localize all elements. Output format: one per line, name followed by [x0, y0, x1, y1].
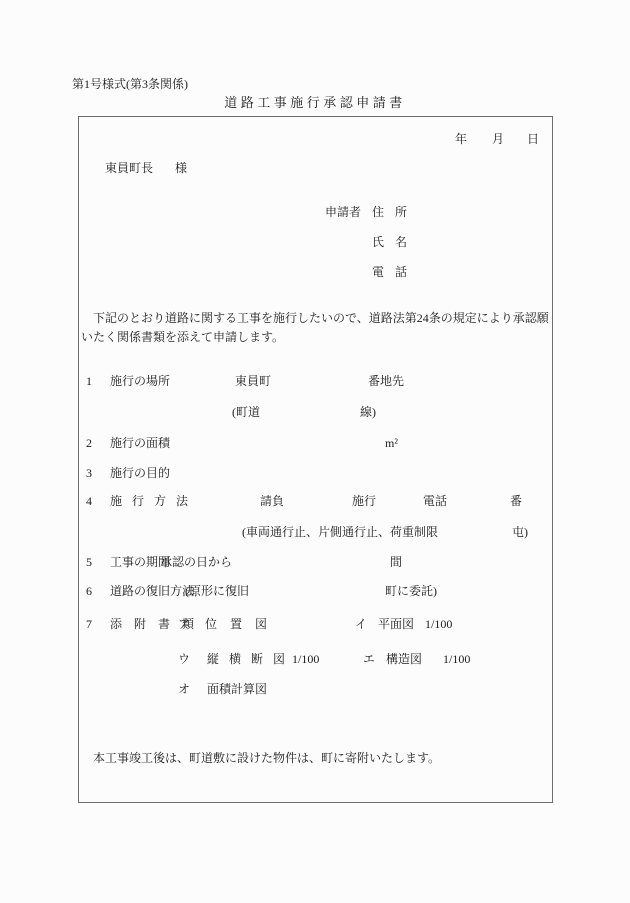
attachment-e-key: エ [363, 651, 375, 667]
attachment-a-label: 位置図 [205, 616, 280, 632]
attachment-e-label: 構造図 [386, 651, 422, 667]
addressee-name: 東員町長 [105, 160, 153, 176]
item4-tel-suffix: 番 [510, 493, 522, 509]
form-number: 第1号様式(第3条関係) [72, 76, 188, 92]
item1-number: 1 [86, 373, 92, 389]
attachment-i-key: イ [355, 616, 367, 632]
item2-unit: m² [385, 435, 398, 451]
item5-from: 承認の日から [160, 554, 232, 570]
item5-number: 5 [86, 554, 92, 570]
applicant-label: 申請者 [325, 204, 361, 220]
item4-restrictions-suffix: 屯) [512, 524, 528, 540]
attachment-u-scale: 1/100 [292, 651, 319, 667]
item5-duration-suffix: 間 [390, 554, 402, 570]
item4-tel: 電話 [423, 493, 447, 509]
date-day-label: 日 [527, 131, 539, 147]
item1-label: 施行の場所 [110, 373, 170, 389]
item7-label: 添附書類 [110, 616, 206, 632]
item1-road-prefix: (町道 [232, 404, 260, 420]
item4-restrictions: (車両通行止、片側通行止、荷重制限 [242, 524, 438, 540]
form-box [78, 116, 553, 803]
item1-town: 東員町 [235, 373, 271, 389]
document-page: 第1号様式(第3条関係) 道路工事施行承認申請書 年 月 日 東員町長 様 申請… [0, 0, 630, 903]
item1-lot-suffix: 番地先 [368, 373, 404, 389]
date-month-label: 月 [492, 131, 504, 147]
applicant-address-label: 住所 [372, 204, 418, 220]
attachment-e-scale: 1/100 [443, 651, 470, 667]
item4-contract: 請負 [260, 493, 284, 509]
item3-label: 施行の目的 [110, 465, 170, 481]
item3-number: 3 [86, 465, 92, 481]
item6-label: 道路の復旧方法 [110, 583, 194, 599]
attachment-o-label: 面積計算図 [207, 681, 267, 697]
preamble-line1: 下記のとおり道路に関する工事を施行したいので、道路法第24条の規定により承認願 [93, 310, 549, 326]
item1-road-suffix: 線) [360, 404, 376, 420]
item2-number: 2 [86, 435, 92, 451]
item2-label: 施行の面積 [110, 435, 170, 451]
attachment-u-key: ウ [178, 651, 190, 667]
addressee-honorific: 様 [175, 160, 187, 176]
applicant-tel-label: 電話 [372, 264, 418, 280]
attachment-i-label: 平面図 [378, 616, 414, 632]
attachment-a-key: ア [178, 616, 190, 632]
item6-restore-prefix: (原形に復旧 [185, 583, 249, 599]
item6-number: 6 [86, 583, 92, 599]
preamble-line2: いたく関係書類を添えて申請します。 [81, 329, 284, 345]
item6-restore-suffix: 町に委託) [385, 583, 437, 599]
item4-execution: 施行 [352, 493, 376, 509]
document-title: 道路工事施行承認申請書 [0, 95, 630, 111]
item4-number: 4 [86, 493, 92, 509]
footer-note: 本工事竣工後は、町道敷に設けた物件は、町に寄附いたします。 [93, 750, 440, 766]
item4-label: 施行方法 [110, 493, 198, 509]
attachment-i-scale: 1/100 [425, 616, 452, 632]
date-year-label: 年 [455, 131, 467, 147]
attachment-u-label: 縦横断図 [207, 651, 295, 667]
attachment-o-key: オ [178, 681, 190, 697]
applicant-name-label: 氏名 [372, 234, 418, 250]
item7-number: 7 [86, 616, 92, 632]
